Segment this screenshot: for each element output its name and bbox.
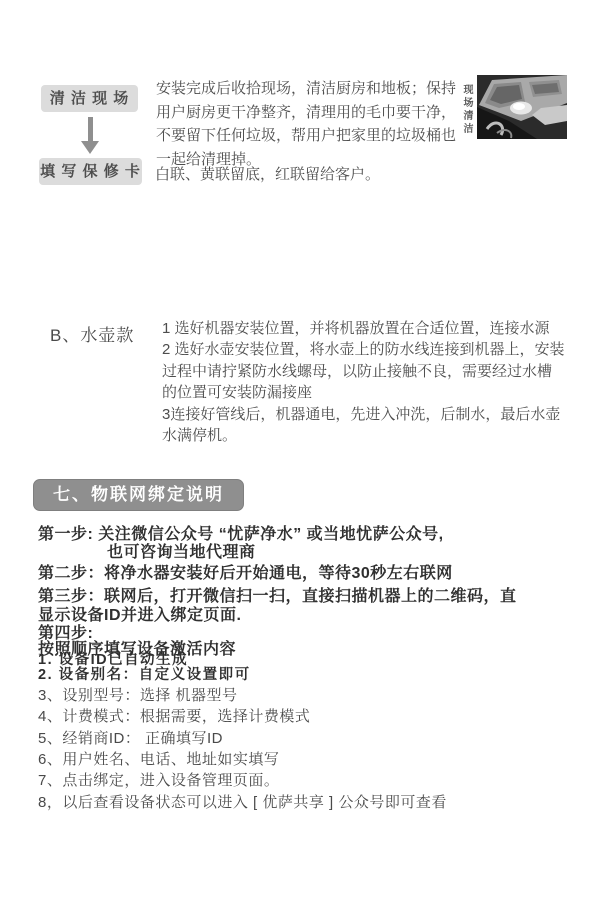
photo-caption-vertical: 现场清洁 bbox=[459, 84, 474, 136]
iot-item-4: 4、计费模式：根据需要，选择计费模式 bbox=[38, 705, 310, 726]
iot-item-5: 5、经销商ID： 正确填写ID bbox=[38, 727, 223, 748]
iot-step-1-cont: 也可咨询当地代理商 bbox=[107, 539, 256, 562]
kettle-section-heading: B、水壶款 bbox=[50, 321, 134, 346]
sink-cleaning-photo bbox=[477, 75, 567, 139]
kettle-line: 1 选好机器安装位置，并将机器放置在合适位置，连接水源 bbox=[162, 318, 565, 339]
label-box-clean-site: 清 洁 现 场 bbox=[41, 85, 138, 112]
iot-step-2: 第二步：将净水器安装好后开始通电，等待30秒左右联网 bbox=[38, 560, 453, 583]
kettle-line: 的位置可安装防漏接座 bbox=[162, 382, 565, 403]
iot-item-7: 7、点击绑定，进入设备管理页面。 bbox=[38, 769, 279, 790]
kettle-line: 水满停机。 bbox=[162, 425, 565, 446]
kettle-instructions: 1 选好机器安装位置，并将机器放置在合适位置，连接水源 2 选好水壶安装位置，将… bbox=[162, 318, 565, 446]
down-arrow-icon bbox=[88, 117, 93, 141]
paragraph-line: 用户厨房更干净整齐，清理用的毛巾要干净， bbox=[156, 101, 456, 125]
paragraph-line: 安装完成后收拾现场，清洁厨房和地板；保持 bbox=[156, 77, 456, 101]
iot-item-6: 6、用户姓名、电话、地址如实填写 bbox=[38, 748, 279, 769]
iot-item-2: 2. 设备别名：自定义设置即可 bbox=[38, 663, 251, 684]
kettle-line: 3连接好管线后，机器通电，先进入冲洗，后制水，最后水壶 bbox=[162, 404, 565, 425]
paragraph-line: 不要留下任何垃圾，帮用户把家里的垃圾桶也 bbox=[156, 124, 456, 148]
kettle-line: 过程中请拧紧防水线螺母，以防止接触不良，需要经过水槽 bbox=[162, 361, 565, 382]
iot-item-8: 8，以后查看设备状态可以进入 [ 优萨共享 ] 公众号即可查看 bbox=[38, 791, 447, 812]
iot-item-3: 3、设别型号：选择 机器型号 bbox=[38, 684, 238, 705]
label-box-warranty-card: 填 写 保 修 卡 bbox=[39, 158, 142, 185]
clean-site-paragraph: 安装完成后收拾现场，清洁厨房和地板；保持 用户厨房更干净整齐，清理用的毛巾要干净… bbox=[156, 77, 456, 171]
down-arrow-head-icon bbox=[81, 141, 99, 154]
iot-section-title-bar: 七、物联网绑定说明 bbox=[33, 479, 244, 511]
manual-page: 清 洁 现 场 填 写 保 修 卡 安装完成后收拾现场，清洁厨房和地板；保持 用… bbox=[0, 0, 604, 907]
kettle-line: 2 选好水壶安装位置，将水壶上的防水线连接到机器上，安装 bbox=[162, 339, 565, 360]
warranty-card-note: 白联、黄联留底，红联留给客户。 bbox=[155, 163, 380, 184]
